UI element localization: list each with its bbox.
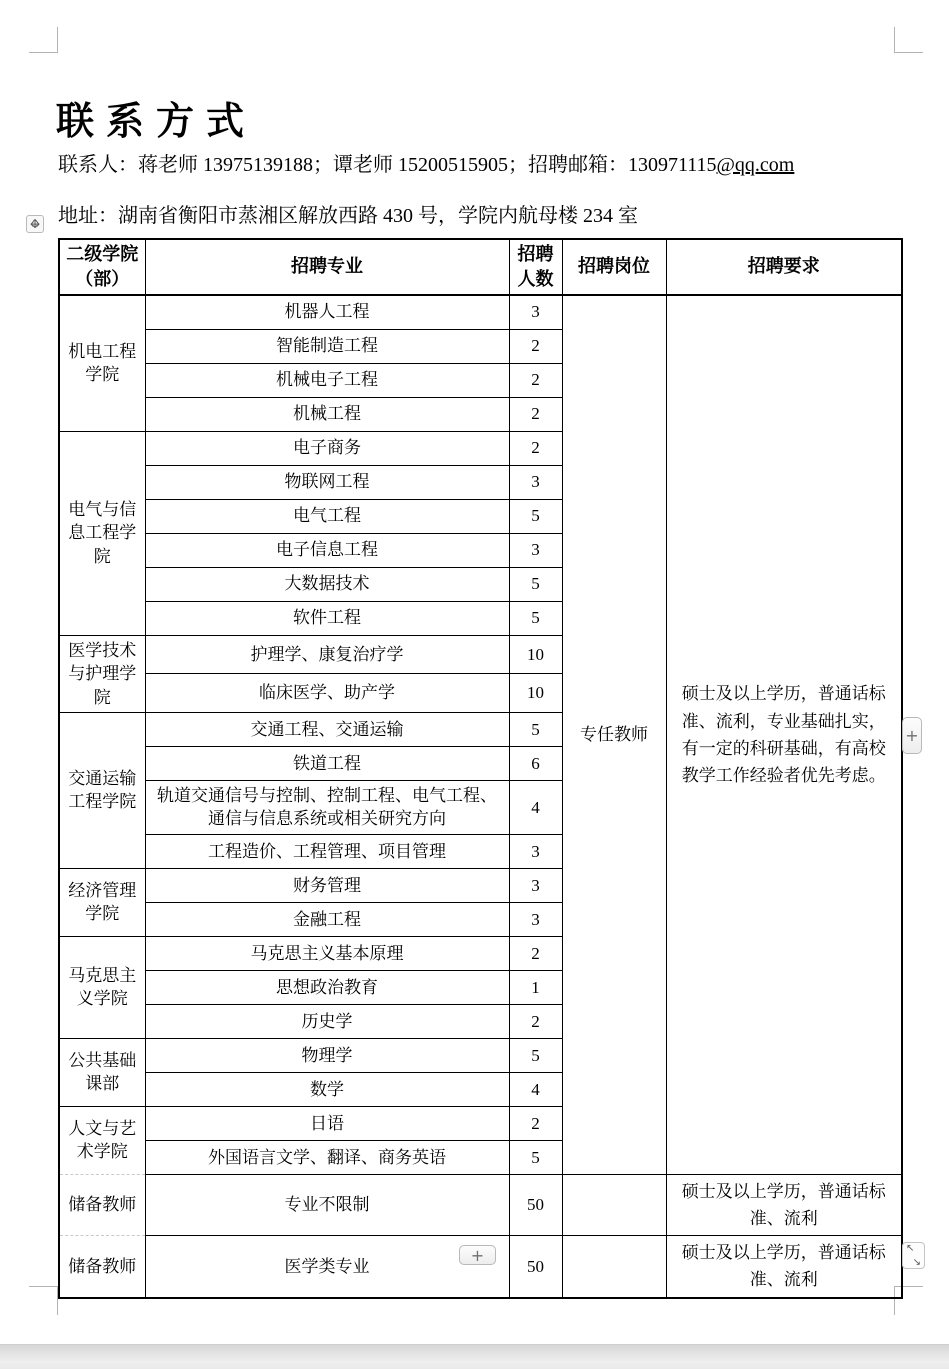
major-cell[interactable]: 马克思主义基本原理 — [145, 936, 509, 970]
major-cell[interactable]: 日语 — [145, 1106, 509, 1140]
count-cell[interactable]: 5 — [509, 601, 562, 635]
table-move-handle[interactable]: ↔ ↕ — [26, 215, 44, 233]
major-cell[interactable]: 电子信息工程 — [145, 533, 509, 567]
margin-crop-mark — [57, 27, 58, 53]
resize-nw-icon: ↖ — [906, 1243, 914, 1254]
requirement-cell[interactable]: 硕士及以上学历，普通话标准、流利 — [666, 1236, 902, 1298]
major-cell[interactable]: 临床医学、助产学 — [145, 674, 509, 713]
margin-crop-mark — [894, 27, 895, 53]
requirement-cell[interactable]: 硕士及以上学历，普通话标准、流利 — [666, 1174, 902, 1235]
move-icon: ↕ — [27, 216, 43, 232]
count-cell[interactable]: 2 — [509, 431, 562, 465]
recruitment-table: 二级学院（部）招聘专业招聘人数招聘岗位招聘要求 机电工程学院机器人工程3专任教师… — [58, 238, 903, 1299]
count-cell[interactable]: 2 — [509, 329, 562, 363]
major-cell[interactable]: 医学类专业 — [145, 1236, 509, 1298]
table-body: 机电工程学院机器人工程3专任教师硕士及以上学历，普通话标准、流利，专业基础扎实，… — [59, 295, 902, 1298]
count-cell[interactable]: 2 — [509, 397, 562, 431]
count-cell[interactable]: 2 — [509, 363, 562, 397]
count-cell[interactable]: 2 — [509, 1004, 562, 1038]
margin-crop-mark — [894, 52, 923, 53]
major-cell[interactable]: 智能制造工程 — [145, 329, 509, 363]
header-row: 二级学院（部）招聘专业招聘人数招聘岗位招聘要求 — [59, 239, 902, 295]
count-cell[interactable]: 3 — [509, 902, 562, 936]
count-cell[interactable]: 5 — [509, 567, 562, 601]
column-header: 招聘岗位 — [562, 239, 666, 295]
column-header: 招聘要求 — [666, 239, 902, 295]
column-header: 二级学院（部） — [59, 239, 145, 295]
margin-crop-mark — [29, 52, 58, 53]
count-cell[interactable]: 4 — [509, 1072, 562, 1106]
major-cell[interactable]: 机器人工程 — [145, 295, 509, 330]
count-cell[interactable]: 5 — [509, 1140, 562, 1174]
major-cell[interactable]: 历史学 — [145, 1004, 509, 1038]
college-cell[interactable]: 公共基础课部 — [59, 1038, 145, 1106]
major-cell[interactable]: 电子商务 — [145, 431, 509, 465]
document-page: 联系方式 联系人：蒋老师 13975139188；谭老师 15200515905… — [0, 0, 949, 1369]
major-cell[interactable]: 交通工程、交通运输 — [145, 713, 509, 747]
count-cell[interactable]: 10 — [509, 674, 562, 713]
college-cell[interactable]: 医学技术与护理学院 — [59, 635, 145, 712]
position-cell[interactable]: 专任教师 — [562, 295, 666, 1175]
contact-line[interactable]: 联系人：蒋老师 13975139188；谭老师 15200515905；招聘邮箱… — [58, 148, 794, 177]
major-cell[interactable]: 物理学 — [145, 1038, 509, 1072]
college-cell[interactable]: 机电工程学院 — [59, 295, 145, 432]
column-header: 招聘专业 — [145, 239, 509, 295]
margin-crop-mark — [29, 1286, 58, 1287]
major-cell[interactable]: 金融工程 — [145, 902, 509, 936]
contact-text: 联系人：蒋老师 13975139188；谭老师 15200515905；招聘邮箱… — [58, 154, 717, 176]
count-cell[interactable]: 3 — [509, 834, 562, 868]
college-cell[interactable]: 经济管理学院 — [59, 868, 145, 936]
college-cell[interactable]: 储备教师 — [59, 1236, 145, 1298]
major-cell[interactable]: 外国语言文学、翻译、商务英语 — [145, 1140, 509, 1174]
position-cell[interactable] — [562, 1174, 666, 1235]
major-cell[interactable]: 工程造价、工程管理、项目管理 — [145, 834, 509, 868]
count-cell[interactable]: 3 — [509, 533, 562, 567]
page-title[interactable]: 联系方式 — [56, 90, 256, 145]
page-bottom-gap — [0, 1344, 949, 1369]
major-cell[interactable]: 电气工程 — [145, 499, 509, 533]
major-cell[interactable]: 软件工程 — [145, 601, 509, 635]
count-cell[interactable]: 5 — [509, 499, 562, 533]
table-row: 储备教师专业不限制50硕士及以上学历，普通话标准、流利 — [59, 1174, 902, 1235]
college-cell[interactable]: 交通运输工程学院 — [59, 713, 145, 869]
count-cell[interactable]: 1 — [509, 970, 562, 1004]
column-header: 招聘人数 — [509, 239, 562, 295]
college-cell[interactable]: 电气与信息工程学院 — [59, 431, 145, 635]
add-column-button[interactable]: + — [902, 717, 922, 754]
major-cell[interactable]: 财务管理 — [145, 868, 509, 902]
major-cell[interactable]: 大数据技术 — [145, 567, 509, 601]
add-row-button[interactable]: + — [459, 1245, 496, 1265]
major-cell[interactable]: 机械工程 — [145, 397, 509, 431]
table-resize-handle[interactable]: ↖ ↘ — [902, 1242, 925, 1269]
college-cell[interactable]: 储备教师 — [59, 1174, 145, 1235]
major-cell[interactable]: 轨道交通信号与控制、控制工程、电气工程、通信与信息系统或相关研究方向 — [145, 781, 509, 835]
count-cell[interactable]: 3 — [509, 295, 562, 330]
major-cell[interactable]: 物联网工程 — [145, 465, 509, 499]
count-cell[interactable]: 50 — [509, 1236, 562, 1298]
major-cell[interactable]: 机械电子工程 — [145, 363, 509, 397]
major-cell[interactable]: 思想政治教育 — [145, 970, 509, 1004]
address-line[interactable]: 地址：湖南省衡阳市蒸湘区解放西路 430 号，学院内航母楼 234 室 — [58, 199, 638, 228]
major-cell[interactable]: 数学 — [145, 1072, 509, 1106]
college-cell[interactable]: 人文与艺术学院 — [59, 1106, 145, 1174]
count-cell[interactable]: 6 — [509, 747, 562, 781]
count-cell[interactable]: 2 — [509, 1106, 562, 1140]
major-cell[interactable]: 铁道工程 — [145, 747, 509, 781]
count-cell[interactable]: 50 — [509, 1174, 562, 1235]
count-cell[interactable]: 2 — [509, 936, 562, 970]
count-cell[interactable]: 3 — [509, 465, 562, 499]
count-cell[interactable]: 4 — [509, 781, 562, 835]
requirement-cell[interactable]: 硕士及以上学历，普通话标准、流利，专业基础扎实，有一定的科研基础，有高校教学工作… — [666, 295, 902, 1175]
resize-se-icon: ↘ — [913, 1257, 921, 1268]
major-cell[interactable]: 护理学、康复治疗学 — [145, 635, 509, 674]
count-cell[interactable]: 5 — [509, 1038, 562, 1072]
count-cell[interactable]: 10 — [509, 635, 562, 674]
major-cell[interactable]: 专业不限制 — [145, 1174, 509, 1235]
email-domain-link[interactable]: @qq.com — [717, 154, 795, 176]
table-row: 机电工程学院机器人工程3专任教师硕士及以上学历，普通话标准、流利，专业基础扎实，… — [59, 295, 902, 330]
college-cell[interactable]: 马克思主义学院 — [59, 936, 145, 1038]
count-cell[interactable]: 3 — [509, 868, 562, 902]
position-cell[interactable] — [562, 1236, 666, 1298]
count-cell[interactable]: 5 — [509, 713, 562, 747]
